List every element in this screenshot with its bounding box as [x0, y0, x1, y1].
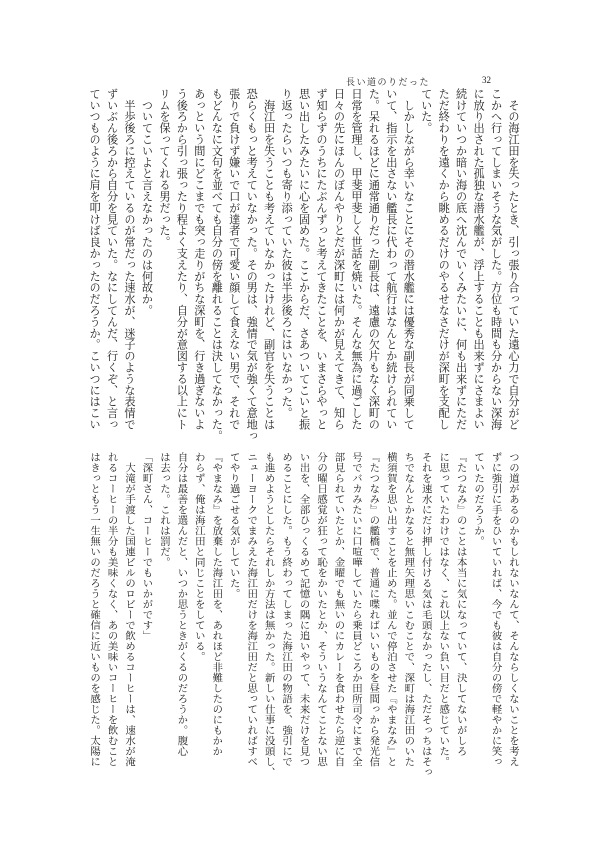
text-line: ついてこいよと言えなかったのは何故か。 [137, 88, 154, 444]
text-line: 日々の先にほんのぼんやりとだが深町には何かが見えてきて、知ら [329, 88, 346, 444]
text-line: 張りで負けず嫌いで口が達者で可愛い顔して食えない男で、それで [224, 88, 241, 444]
text-line: 『やまなみ』を放棄した海江田を、あれほど非難したのにもかか [207, 452, 224, 778]
text-line: 「深町さん、コーヒーでもいかがです」 [137, 452, 154, 778]
text-line: う後ろから引っ張ったり程よく支えたり、自分が意図する以上にト [172, 88, 189, 444]
text-line: リムを保ってくれる男だった。 [154, 88, 171, 444]
text-line: 『たつなみ』のことは本当に気になっていて、決してないがしろ [451, 452, 468, 778]
text-line: 続けていつか暗い海の底へ沈んでいくみたいに、何も出来ずにただ [451, 88, 468, 444]
text-line: あっという間にどこまでも突っ走りがちな深町を、行き過ぎないよ [189, 88, 206, 444]
text-line: 横須賀を思い出すことを止めた。並んで停泊させた『やまなみ』と [381, 452, 398, 778]
text-line: ずいぶん後ろから自分を見ていた。なにしてんだ、行くぞ、と言っ [102, 88, 119, 444]
text-line: ていたのだろうか。 [469, 452, 486, 778]
text-line: 恐らくもっと考えていなかった。その男は、強情で気が強くて意地っ [242, 88, 259, 444]
text-line: ただ終わりを遠くから眺めるだけのやるせなさだけが深町を支配し [434, 88, 451, 444]
page-header: 長い道のりだった 32 [0, 75, 595, 87]
text-line: ニューヨークでまみえた海江田だけを海江田だと思っていればすべ [242, 452, 259, 778]
text-line: いて、指示を出さない艦長に代わって航行はなんとか続けられてい [381, 88, 398, 444]
text-line: 半歩後ろに控えているのが常だった速水が、迷子のような表情で [120, 88, 137, 444]
running-title: 長い道のりだった [346, 75, 430, 88]
text-block-lower: つの道があるのかもしれないなんて、そんならしくないことを考えずに強引に手をひいて… [85, 452, 521, 778]
text-line: ていつものように肩を叩けば良かったのだろうか。こいつにはこい [85, 88, 102, 444]
text-line: 自分は最善を選んだと、いつか思うときがくるのだろうか。腹心 [172, 452, 189, 778]
text-line: めることにした。もう終わってしまった海江田の物語を、強引にで [277, 452, 294, 778]
text-line: 号でバカみたいに口喧嘩していたら乗員どころか田所司令にまで全 [346, 452, 363, 778]
text-line: その海江田を失ったとき、引っ張り合っていた遠心力で自分がど [504, 88, 521, 444]
text-line: に放り出された孤独な潜水艦が、浮上することも出来ずにさまよい [469, 88, 486, 444]
text-line: 大滝が手渡した国連ビルのロビーで飲めるコーヒーは、速水が淹 [120, 452, 137, 778]
text-line: ちでなんとかなると無理矢理思いこむことで、深町は海江田のいた [399, 452, 416, 778]
text-line: 『たつなみ』の艦橋で、普通に喋ればいいものを昼間っから発光信 [364, 452, 381, 778]
text-line: 海江田を失うことも考えていなかったけれど、副官を失うことは [259, 88, 276, 444]
page-number: 32 [482, 75, 491, 85]
document-page: 長い道のりだった 32 その海江田を失ったとき、引っ張り合っていた遠心力で自分が… [0, 0, 595, 842]
text-line: も進めようとしたらそれしか方法は無かった。新しい仕事に没頭し、 [259, 452, 276, 778]
text-line: 分の曜日感覚が狂って恥をかいたとか、そういうなんてことない思 [312, 452, 329, 778]
text-line: た。呆れるほどに通常通りだった副長は、遠慮の欠片もなく深町の [364, 88, 381, 444]
text-line: ず知らずのうちにたぶんずっと考えてきたことを、いまさらやっと [312, 88, 329, 444]
text-block-upper: その海江田を失ったとき、引っ張り合っていた遠心力で自分がどこかへ行ってしまいそう… [85, 88, 521, 444]
text-line: り返ったらいつも寄り添っていた彼は半歩後ろにはいなかった。 [277, 88, 294, 444]
text-line: はきっともう一生無いのだろうと確信に近いものを感じた。太陽に [85, 452, 102, 778]
text-line: に思っていたわけではなく、これ以上ない負い目だと感じていた。 [434, 452, 451, 778]
text-line: それを速水にだけ押し付ける気は毛頭なかったし、ただそっちはそっ [416, 452, 433, 778]
text-line: しかしながら幸いなことにその潜水艦には優秀な副長が同乗して [399, 88, 416, 444]
text-line: てやり過ごせる気がしていた。 [224, 452, 241, 778]
text-line: 日常を管理し、甲斐甲斐しく世話を焼いた。そんな無為に過ごした [346, 88, 363, 444]
text-line: わらず、俺は海江田と同じことをしている。 [189, 452, 206, 778]
text-line: 部見られていたとか、金曜でも無いのにカレーを食わせたら逆に自 [329, 452, 346, 778]
text-line: い出を、全部ひっくるめて記憶の隅に追いやって、未来だけを見つ [294, 452, 311, 778]
text-line: は去った。これは罰だ。 [154, 452, 171, 778]
text-line: ずに強引に手をひいていれば、今でも彼は自分の傍で軽やかに笑っ [486, 452, 503, 778]
text-line: ていた。 [416, 88, 433, 444]
text-line: つの道があるのかもしれないなんて、そんならしくないことを考え [504, 452, 521, 778]
text-line: 思い出したみたいに心を固めた。ここからだ、さあついてこいと振 [294, 88, 311, 444]
text-line: こかへ行ってしまいそうな気がした。方位も時間も分からない深海 [486, 88, 503, 444]
text-line: もどんなに文句を並べても自分の傍を離れることは決してなかった。 [207, 88, 224, 444]
text-line: れるコーヒーの半分も美味くなく、あの美味いコーヒーを飲むこと [102, 452, 119, 778]
